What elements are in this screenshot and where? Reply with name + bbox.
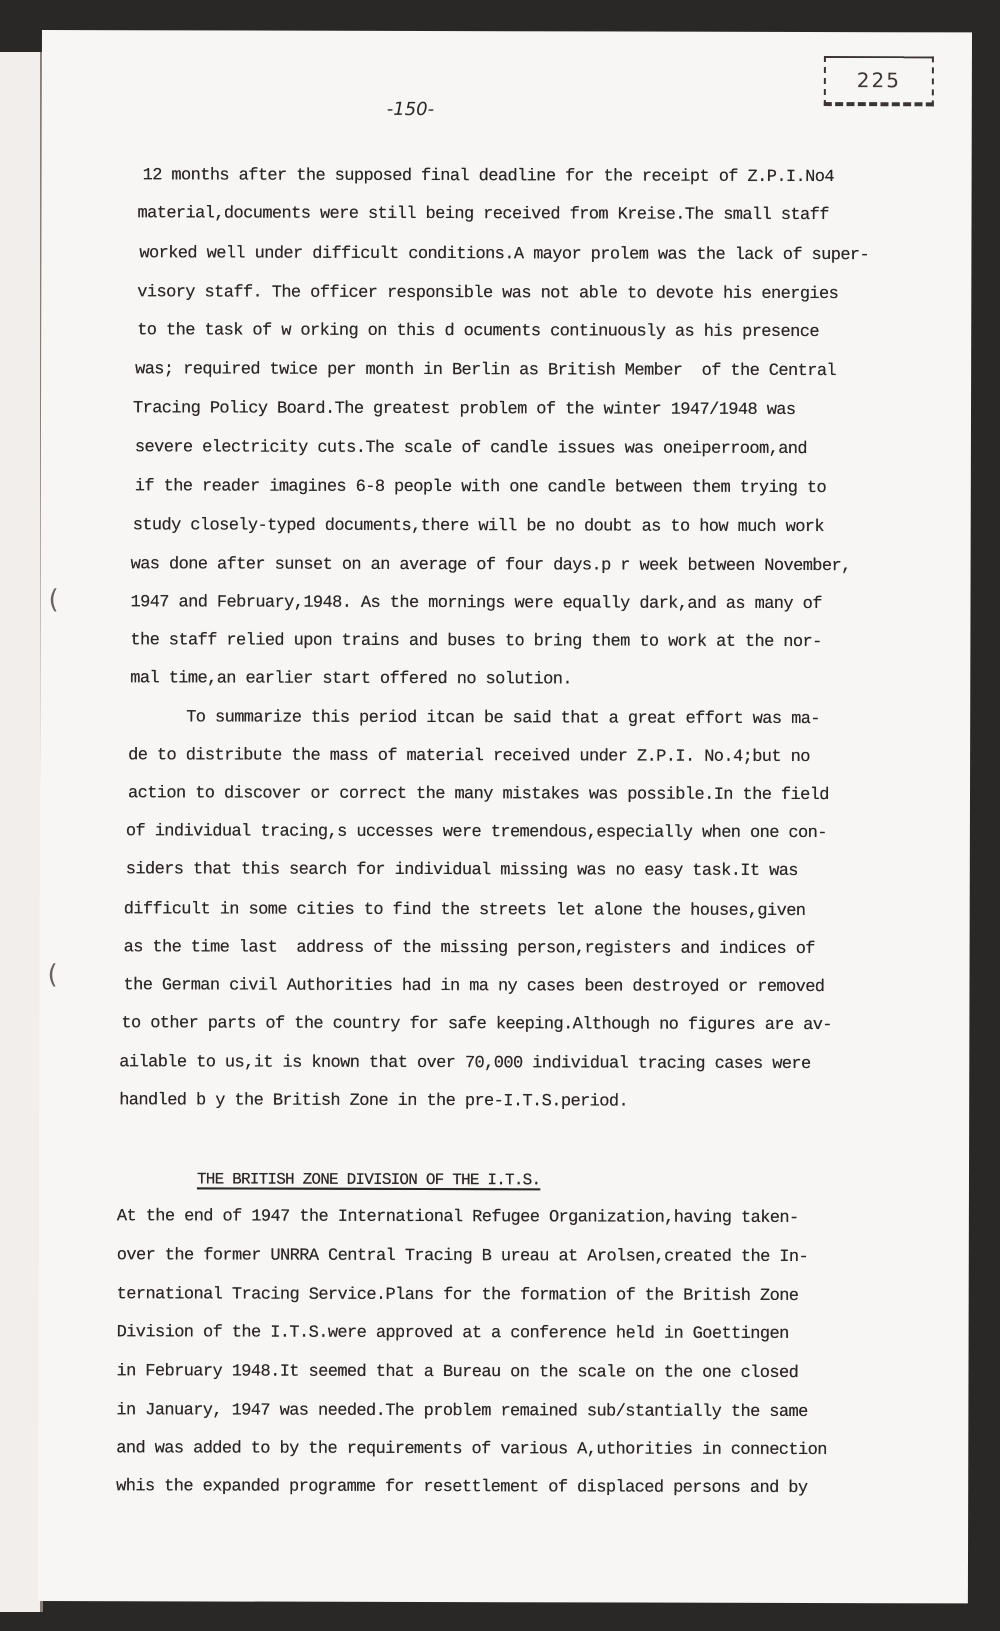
text-line: study closely-typed documents,there will… — [133, 515, 824, 539]
text-line: difficult in some cities to find the str… — [124, 899, 806, 923]
text-line: handled b y the British Zone in the pre-… — [119, 1090, 628, 1113]
text-line: as the time last address of the missing … — [124, 937, 815, 961]
text-line: ailable to us,it is known that over 70,0… — [119, 1052, 810, 1076]
text-line: ternational Tracing Service.Plans for th… — [117, 1284, 799, 1308]
text-line: in January, 1947 was needed.The problem … — [116, 1400, 807, 1424]
text-line: whis the expanded programme for resettle… — [116, 1476, 807, 1500]
section-heading: THE BRITISH ZONE DIVISION OF THE I.T.S. — [197, 1168, 540, 1191]
text-line: over the former UNRRA Central Tracing B … — [117, 1245, 808, 1269]
text-line: Division of the I.T.S.were approved at a… — [117, 1322, 789, 1346]
text-line: de to distribute the mass of material re… — [128, 745, 810, 769]
archive-stamp: 225 — [824, 56, 934, 106]
text-line: severe electricity cuts.The scale of can… — [135, 437, 807, 461]
text-line: of individual tracing,s uccesses were tr… — [126, 821, 827, 845]
paragraph-start-line: To summarize this period itcan be said t… — [186, 707, 820, 731]
page-number: -150- — [387, 99, 434, 120]
text-line: mal time,an earlier start offered no sol… — [130, 668, 572, 691]
text-line: At the end of 1947 the International Ref… — [117, 1206, 799, 1230]
text-line: to the task of w orking on this d ocumen… — [137, 320, 819, 344]
text-line: action to discover or correct the many m… — [128, 783, 829, 807]
document-page: -150- 225 ( ( 12 months after the suppos… — [38, 30, 972, 1603]
text-line: visory staff. The officer responsible wa… — [137, 282, 838, 306]
text-line: siders that this search for individual m… — [126, 859, 798, 883]
text-line: and was added to by the requirements of … — [116, 1438, 827, 1462]
punch-hole-mark: ( — [47, 960, 57, 990]
text-line: material,documents were still being rece… — [137, 203, 828, 227]
text-line: was; required twice per month in Berlin … — [135, 359, 836, 383]
text-line: if the reader imagines 6-8 people with o… — [135, 476, 826, 500]
archive-stamp-number: 225 — [857, 68, 901, 92]
text-line: worked well under difficult conditions.A… — [139, 243, 869, 267]
previous-page-edge — [0, 52, 43, 1612]
text-line: the German civil Authorities had in ma n… — [123, 975, 824, 999]
text-line: Tracing Policy Board.The greatest proble… — [133, 398, 796, 422]
text-line: to other parts of the country for safe k… — [121, 1013, 832, 1037]
punch-hole-mark: ( — [48, 585, 58, 615]
text-line: was done after sunset on an average of f… — [131, 554, 851, 578]
text-line: 12 months after the supposed final deadl… — [143, 165, 834, 189]
text-line: in February 1948.It seemed that a Bureau… — [116, 1361, 798, 1385]
text-line: the staff relied upon trains and buses t… — [130, 630, 821, 654]
text-line: 1947 and February,1948. As the mornings … — [130, 592, 821, 616]
